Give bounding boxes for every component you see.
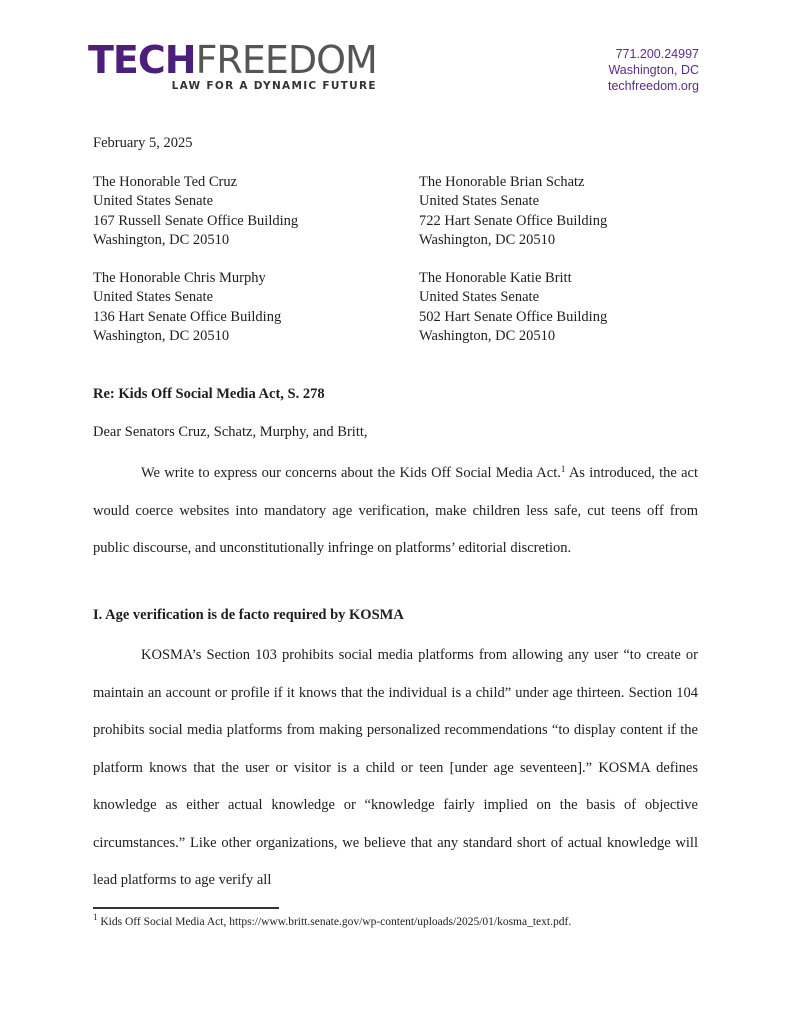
footnote-link[interactable]: https://www.britt.senate.gov/wp-content/… (229, 916, 568, 928)
recipient-city: Washington, DC 20510 (419, 327, 607, 346)
recipient-office: 136 Hart Senate Office Building (93, 308, 281, 327)
recipient-address: The Honorable Ted Cruz United States Sen… (93, 173, 298, 250)
recipient-office: 167 Russell Senate Office Building (93, 212, 298, 231)
recipient-city: Washington, DC 20510 (93, 327, 281, 346)
footnote: 1 Kids Off Social Media Act, https://www… (93, 916, 571, 928)
recipient-name: The Honorable Brian Schatz (419, 173, 607, 192)
recipient-office: 502 Hart Senate Office Building (419, 308, 607, 327)
recipient-address: The Honorable Chris Murphy United States… (93, 269, 281, 346)
recipient-name: The Honorable Ted Cruz (93, 173, 298, 192)
logo-freedom: FREEDOM (196, 38, 377, 82)
logo-tech: TECH (88, 38, 196, 82)
subject-line: Re: Kids Off Social Media Act, S. 278 (93, 386, 325, 403)
footnote-divider (93, 907, 279, 909)
intro-paragraph: We write to express our concerns about t… (93, 455, 698, 568)
letter-date: February 5, 2025 (93, 135, 192, 152)
section-paragraph: KOSMA’s Section 103 prohibits social med… (93, 637, 698, 900)
intro-text: We write to express our concerns about t… (141, 465, 561, 481)
footnote-trailing: . (568, 916, 571, 928)
contact-city: Washington, DC (608, 62, 699, 78)
recipient-office: 722 Hart Senate Office Building (419, 212, 607, 231)
recipient-name: The Honorable Chris Murphy (93, 269, 281, 288)
salutation: Dear Senators Cruz, Schatz, Murphy, and … (93, 424, 368, 441)
recipient-org: United States Senate (93, 192, 298, 211)
contact-block: 771.200.24997 Washington, DC techfreedom… (608, 46, 699, 94)
contact-website[interactable]: techfreedom.org (608, 78, 699, 94)
recipient-org: United States Senate (419, 288, 607, 307)
recipient-org: United States Senate (93, 288, 281, 307)
section-heading: I. Age verification is de facto required… (93, 607, 404, 624)
recipient-address: The Honorable Brian Schatz United States… (419, 173, 607, 250)
footnote-text: Kids Off Social Media Act, (98, 916, 230, 928)
recipient-name: The Honorable Katie Britt (419, 269, 607, 288)
techfreedom-logo: TECHFREEDOM LAW FOR A DYNAMIC FUTURE (88, 40, 377, 92)
recipient-city: Washington, DC 20510 (419, 231, 607, 250)
recipient-address: The Honorable Katie Britt United States … (419, 269, 607, 346)
logo-wordmark: TECHFREEDOM (88, 40, 377, 80)
recipient-org: United States Senate (419, 192, 607, 211)
contact-phone: 771.200.24997 (608, 46, 699, 62)
recipient-city: Washington, DC 20510 (93, 231, 298, 250)
